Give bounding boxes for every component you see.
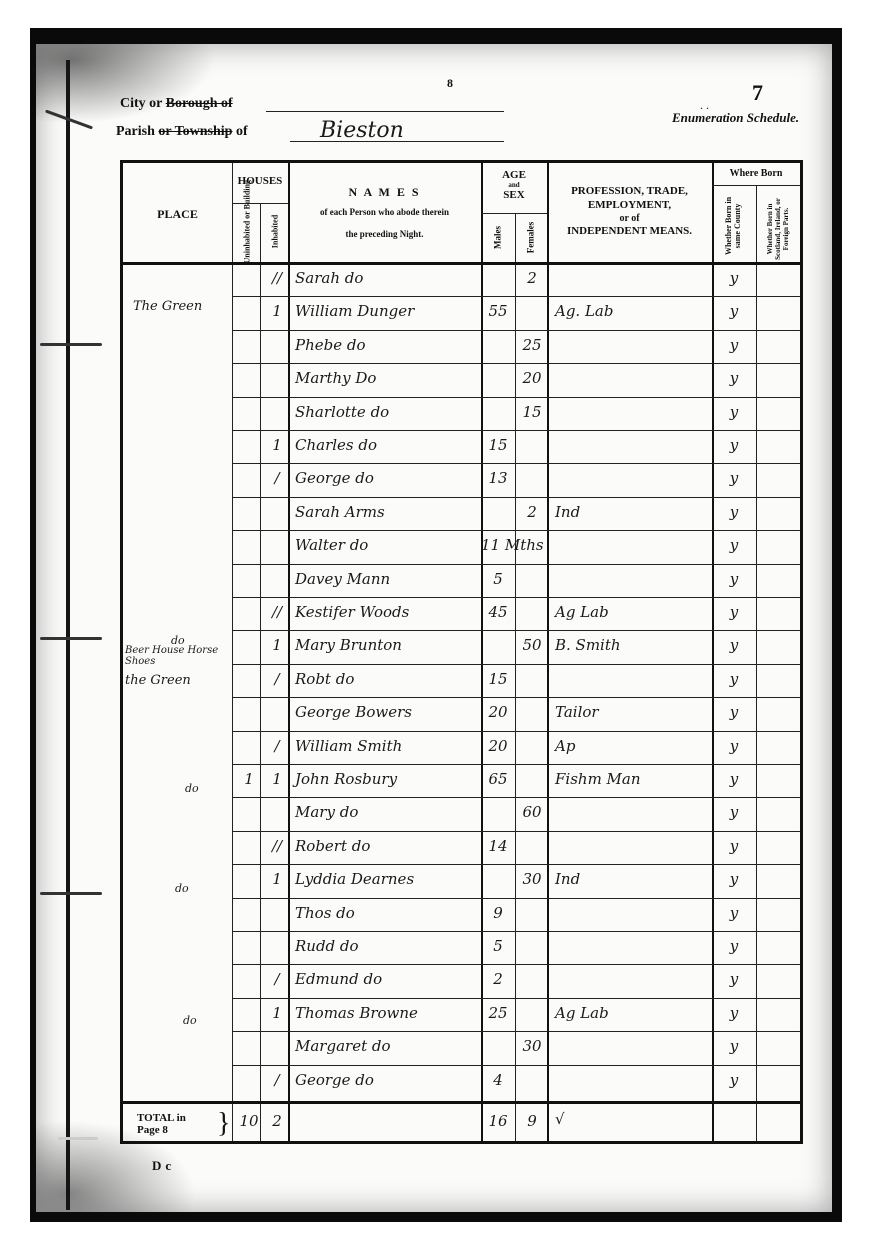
- name-cell: George do: [295, 469, 475, 487]
- inhabited-cell: /: [265, 469, 289, 487]
- female-age-cell: 15: [517, 403, 547, 421]
- table-row: Margaret do30y: [123, 1033, 800, 1065]
- profession-cell: Ind: [555, 503, 705, 521]
- name-cell: George do: [295, 1071, 475, 1089]
- same-county-cell: y: [717, 603, 751, 621]
- total-inhabited: 2: [265, 1112, 289, 1130]
- same-county-cell: y: [717, 670, 751, 688]
- table-row: George Bowers20Tailory: [123, 699, 800, 731]
- same-county-cell: y: [717, 1004, 751, 1022]
- header-inhabited: Inhabited: [271, 200, 280, 264]
- place-note-do: do: [175, 881, 189, 896]
- male-age-cell: 9: [481, 904, 515, 922]
- table-row: /Edmund do2y: [123, 966, 800, 998]
- female-age-cell: 30: [517, 1037, 547, 1055]
- inhabited-cell: 1: [265, 1004, 289, 1022]
- place-note-the-green: The Green: [133, 299, 203, 314]
- header-profession-4: INDEPENDENT MEANS.: [547, 225, 712, 237]
- inhabited-cell: /: [265, 1071, 289, 1089]
- inhabited-cell: //: [265, 837, 289, 855]
- total-females: 9: [517, 1112, 547, 1130]
- binding-ring: [40, 892, 102, 895]
- profession-cell: Fishm Man: [555, 770, 705, 788]
- male-age-cell: 15: [481, 436, 515, 454]
- header-profession-3: or of: [547, 213, 712, 224]
- city-fill-line: [266, 111, 504, 112]
- header-age: AGE: [481, 169, 547, 181]
- table-row: Thos do9y: [123, 900, 800, 932]
- city-or-borough-label: City or Borough of: [120, 96, 233, 112]
- inhabited-cell: /: [265, 737, 289, 755]
- place-note-do: do: [183, 1013, 197, 1028]
- header-profession-1: PROFESSION, TRADE,: [547, 185, 712, 197]
- same-county-cell: y: [717, 837, 751, 855]
- header-names-sub1: of each Person who abode therein: [288, 207, 481, 217]
- header-sex: SEX: [481, 189, 547, 201]
- table-row: //Sarah do2y: [123, 265, 800, 297]
- table-row: Marthy Do20y: [123, 365, 800, 397]
- table-row: //Robert do14y: [123, 833, 800, 865]
- male-age-cell: 14: [481, 837, 515, 855]
- female-age-cell: 50: [517, 636, 547, 654]
- female-age-cell: 2: [517, 269, 547, 287]
- inhabited-cell: 1: [265, 770, 289, 788]
- inhabited-cell: 1: [265, 870, 289, 888]
- male-age-cell: 5: [481, 937, 515, 955]
- total-label: TOTAL in Page 8: [137, 1112, 186, 1136]
- table-row: //Kestifer Woods45Ag Laby: [123, 599, 800, 631]
- male-age-cell: 15: [481, 670, 515, 688]
- male-age-cell: 2: [481, 970, 515, 988]
- inhabited-cell: //: [265, 269, 289, 287]
- female-age-cell: 20: [517, 369, 547, 387]
- profession-cell: B. Smith: [555, 636, 705, 654]
- male-age-cell: 65: [481, 770, 515, 788]
- same-county-cell: y: [717, 770, 751, 788]
- city-label-struck: Borough of: [166, 96, 233, 111]
- male-age-cell: 45: [481, 603, 515, 621]
- table-row: /Robt do15y: [123, 666, 800, 698]
- total-houses: 10: [235, 1112, 263, 1130]
- profession-cell: Ap: [555, 737, 705, 755]
- female-age-cell: 30: [517, 870, 547, 888]
- name-cell: Davey Mann: [295, 570, 475, 588]
- name-cell: Phebe do: [295, 336, 475, 354]
- table-row: /William Smith20Apy: [123, 733, 800, 765]
- inhabited-cell: 1: [265, 436, 289, 454]
- table-row: Mary do60y: [123, 799, 800, 831]
- name-cell: Robert do: [295, 837, 475, 855]
- table-row: Phebe do25y: [123, 332, 800, 364]
- table-row: 1Charles do15y: [123, 432, 800, 464]
- name-cell: Robt do: [295, 670, 475, 688]
- footer-mark: Dc: [152, 1158, 175, 1174]
- male-age-cell: 11 Mths: [481, 536, 515, 554]
- page-number: 8: [447, 76, 453, 91]
- parish-label-struck: or Township: [158, 124, 232, 139]
- male-age-cell: 55: [481, 302, 515, 320]
- name-cell: Sarah Arms: [295, 503, 475, 521]
- page-stain: [36, 44, 216, 124]
- header-names: N A M E S: [288, 185, 481, 200]
- name-cell: Walter do: [295, 536, 475, 554]
- name-cell: Mary Brunton: [295, 636, 475, 654]
- table-row: 1William Dunger55Ag. Laby: [123, 298, 800, 330]
- header-where-born: Where Born: [712, 168, 800, 179]
- total-profession-mark: √: [555, 1110, 565, 1128]
- sheet-number: 7: [752, 80, 763, 106]
- name-cell: Rudd do: [295, 937, 475, 955]
- table-row: Rudd do5y: [123, 933, 800, 965]
- same-county-cell: y: [717, 636, 751, 654]
- table-row: Sharlotte do15y: [123, 399, 800, 431]
- inhabited-cell: //: [265, 603, 289, 621]
- header-houses: HOUSES: [232, 175, 288, 187]
- header-foreign: Whether Born in Scotland, Ireland, or Fo…: [766, 191, 790, 267]
- inhabited-cell: /: [265, 970, 289, 988]
- place-note-beer-house: Beer House Horse Shoes: [125, 645, 230, 667]
- place-note-do: do: [185, 781, 199, 796]
- male-age-cell: 20: [481, 737, 515, 755]
- name-cell: Thomas Browne: [295, 1004, 475, 1022]
- same-county-cell: y: [717, 403, 751, 421]
- table-row: /George do13y: [123, 465, 800, 497]
- table-row: 1Thomas Browne25Ag Laby: [123, 1000, 800, 1032]
- header-males: Males: [494, 218, 503, 258]
- table-row: /George do4y: [123, 1067, 800, 1099]
- same-county-cell: y: [717, 703, 751, 721]
- table-row: Sarah Arms2Indy: [123, 499, 800, 531]
- header-uninhabited: Uninhabited or Building: [243, 200, 252, 264]
- binding-ring: [40, 637, 102, 640]
- name-cell: Marthy Do: [295, 369, 475, 387]
- same-county-cell: y: [717, 469, 751, 487]
- profession-cell: Ag Lab: [555, 603, 705, 621]
- total-males: 16: [481, 1112, 515, 1130]
- inhabited-cell: /: [265, 670, 289, 688]
- header-divider: [232, 203, 288, 204]
- same-county-cell: y: [717, 1071, 751, 1089]
- profession-cell: Ag Lab: [555, 1004, 705, 1022]
- header-place: PLACE: [123, 207, 232, 222]
- binding-ring: [40, 343, 102, 346]
- table-row: 11John Rosbury65Fishm Many: [123, 766, 800, 798]
- same-county-cell: y: [717, 336, 751, 354]
- total-label-1: TOTAL in: [137, 1112, 186, 1124]
- table-row: Davey Mann5y: [123, 566, 800, 598]
- same-county-cell: y: [717, 570, 751, 588]
- brace-mark: }: [217, 1108, 230, 1140]
- same-county-cell: y: [717, 536, 751, 554]
- parish-label: Parish or Township of: [116, 124, 248, 140]
- same-county-cell: y: [717, 803, 751, 821]
- female-age-cell: 2: [517, 503, 547, 521]
- profession-cell: Ag. Lab: [555, 302, 705, 320]
- header-females: Females: [527, 218, 536, 258]
- name-cell: Edmund do: [295, 970, 475, 988]
- same-county-cell: y: [717, 436, 751, 454]
- same-county-cell: y: [717, 1037, 751, 1055]
- total-label-2: Page 8: [137, 1124, 186, 1136]
- male-age-cell: 13: [481, 469, 515, 487]
- name-cell: Mary do: [295, 803, 475, 821]
- binding-ring: [58, 1137, 98, 1140]
- header-divider: [481, 213, 547, 214]
- profession-cell: Tailor: [555, 703, 705, 721]
- name-cell: Charles do: [295, 436, 475, 454]
- binding-gutter: [66, 60, 70, 1210]
- profession-cell: Ind: [555, 870, 705, 888]
- same-county-cell: y: [717, 904, 751, 922]
- same-county-cell: y: [717, 269, 751, 287]
- name-cell: Thos do: [295, 904, 475, 922]
- name-cell: Margaret do: [295, 1037, 475, 1055]
- name-cell: William Smith: [295, 737, 475, 755]
- schedule-label: Enumeration Schedule.: [672, 110, 799, 126]
- name-cell: John Rosbury: [295, 770, 475, 788]
- male-age-cell: 4: [481, 1071, 515, 1089]
- same-county-cell: y: [717, 369, 751, 387]
- same-county-cell: y: [717, 503, 751, 521]
- inhabited-cell: 1: [265, 302, 289, 320]
- name-cell: Kestifer Woods: [295, 603, 475, 621]
- parish-value: Bieston: [320, 118, 404, 143]
- census-table: PLACE HOUSES Uninhabited or Building Inh…: [120, 160, 803, 1144]
- same-county-cell: y: [717, 870, 751, 888]
- parish-label-prefix: Parish: [116, 124, 158, 139]
- header-divider: [712, 185, 800, 186]
- name-cell: William Dunger: [295, 302, 475, 320]
- total-row: TOTAL in Page 8 } 10 2 16 9 √: [123, 1104, 800, 1141]
- name-cell: George Bowers: [295, 703, 475, 721]
- header-profession-2: EMPLOYMENT,: [547, 199, 712, 211]
- female-age-cell: 25: [517, 336, 547, 354]
- header-same-county: Whether Born in same County: [724, 188, 742, 264]
- table-row: 1Lyddia Dearnes30Indy: [123, 866, 800, 898]
- parish-label-suffix: of: [232, 124, 247, 139]
- same-county-cell: y: [717, 970, 751, 988]
- male-age-cell: 5: [481, 570, 515, 588]
- same-county-cell: y: [717, 937, 751, 955]
- same-county-cell: y: [717, 737, 751, 755]
- name-cell: Sharlotte do: [295, 403, 475, 421]
- inhabited-cell: 1: [265, 636, 289, 654]
- place-note-the-green-2: the Green: [125, 673, 191, 688]
- name-cell: Sarah do: [295, 269, 475, 287]
- header-and: and: [481, 181, 547, 189]
- header-names-sub2: the preceding Night.: [288, 229, 481, 239]
- same-county-cell: y: [717, 302, 751, 320]
- male-age-cell: 25: [481, 1004, 515, 1022]
- city-label-prefix: City or: [120, 96, 166, 111]
- male-age-cell: 20: [481, 703, 515, 721]
- uninhabited-cell: 1: [235, 770, 263, 788]
- name-cell: Lyddia Dearnes: [295, 870, 475, 888]
- table-row: Walter do11 Mthsy: [123, 532, 800, 564]
- female-age-cell: 60: [517, 803, 547, 821]
